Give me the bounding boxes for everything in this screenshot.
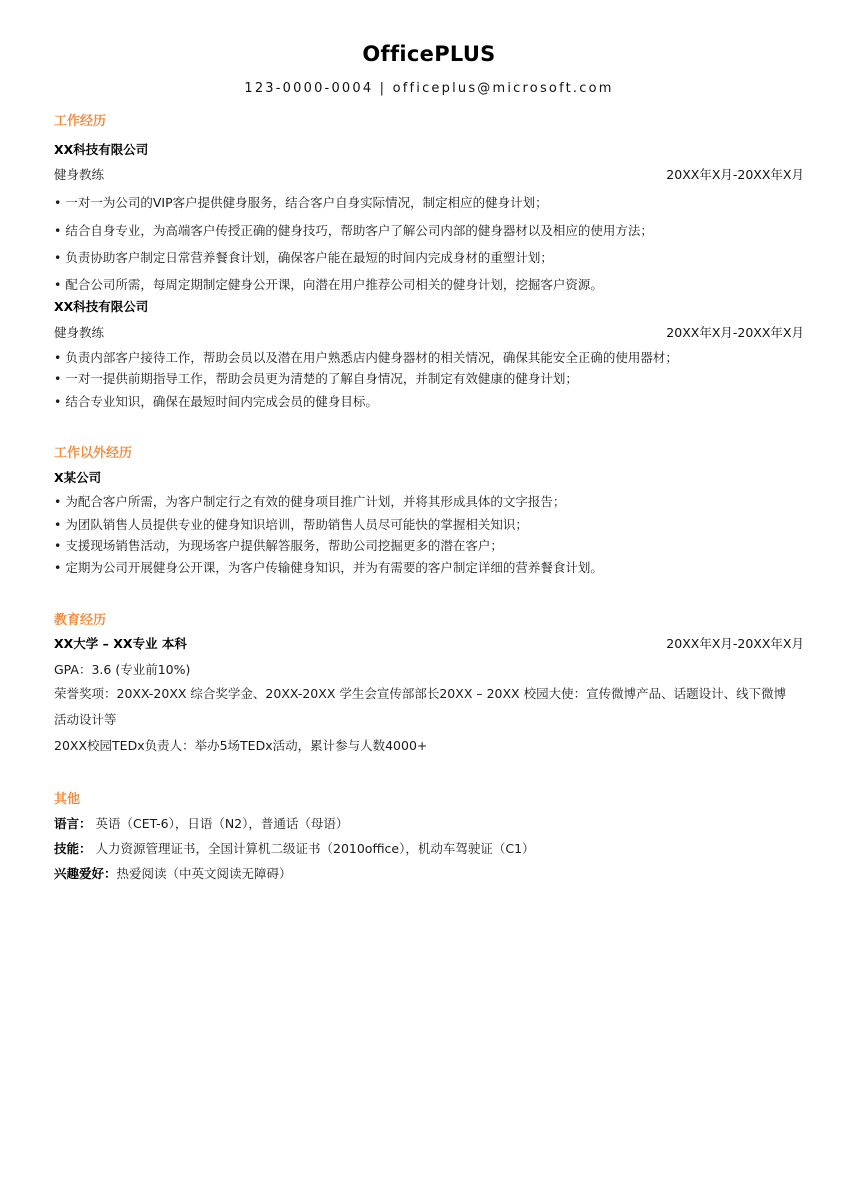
- ted-experience: 20XX校园TEDx负责人：举办5场TEDx活动，累计参与人数4000+: [54, 736, 427, 754]
- other-item-hobbies: 兴趣爱好：热爱阅读（中英文阅读无障碍）: [54, 864, 292, 882]
- honors-line-1: 荣誉奖项：20XX-20XX 综合奖学金、20XX-20XX 学生会宣传部部长2…: [54, 684, 786, 702]
- job-date: 20XX年X月-20XX年X月: [666, 323, 804, 341]
- honors-line-2: 活动设计等: [54, 710, 117, 728]
- job-role-row: 健身教练 20XX年X月-20XX年X月: [54, 165, 804, 183]
- school-row: XX大学 – XX专业 本科 20XX年X月-20XX年X月: [54, 634, 804, 652]
- other-value: 英语（CET-6），日语（N2），普通话（母语）: [92, 816, 349, 831]
- list-item: 定期为公司开展健身公开课，为客户传输健身知识，并为有需要的客户制定详细的营养餐食…: [54, 558, 603, 576]
- list-item: 一对一提供前期指导工作，帮助会员更为清楚的了解自身情况，并制定有效健康的健身计划…: [54, 369, 578, 387]
- candidate-name: OfficePLUS: [54, 42, 804, 66]
- other-item-language: 语言： 英语（CET-6），日语（N2），普通话（母语）: [54, 814, 348, 832]
- other-value: 人力资源管理证书，全国计算机二级证书（2010office），机动车驾驶证（C1…: [92, 841, 535, 856]
- other-label: 语言：: [54, 816, 92, 831]
- company-name: XX科技有限公司: [54, 140, 148, 158]
- list-item: 配合公司所需，每周定期制定健身公开课，向潜在用户推荐公司相关的健身计划，挖掘客户…: [54, 275, 603, 293]
- list-item: 负责内部客户接待工作，帮助会员以及潜在用户熟悉店内健身器材的相关情况，确保其能安…: [54, 348, 678, 366]
- company-name: XX科技有限公司: [54, 297, 148, 315]
- contact-info: 123-0000-0004 | officeplus@microsoft.com: [54, 81, 804, 96]
- school-name: XX大学 – XX专业 本科: [54, 634, 187, 652]
- section-title-other: 其他: [54, 788, 80, 807]
- list-item: 结合专业知识，确保在最短时间内完成会员的健身目标。: [54, 392, 378, 410]
- section-title-education: 教育经历: [54, 609, 106, 628]
- company-name: X某公司: [54, 468, 101, 486]
- gpa: GPA：3.6 (专业前10%): [54, 660, 190, 678]
- other-value: 热爱阅读（中英文阅读无障碍）: [117, 866, 292, 881]
- other-label: 技能：: [54, 841, 92, 856]
- section-title-extra: 工作以外经历: [54, 442, 132, 461]
- other-label: 兴趣爱好：: [54, 866, 117, 881]
- list-item: 为团队销售人员提供专业的健身知识培训，帮助销售人员尽可能快的掌握相关知识；: [54, 515, 528, 533]
- job-role: 健身教练: [54, 323, 104, 341]
- school-date: 20XX年X月-20XX年X月: [666, 634, 804, 652]
- list-item: 支援现场销售活动，为现场客户提供解答服务，帮助公司挖掘更多的潜在客户；: [54, 536, 503, 554]
- other-item-skills: 技能： 人力资源管理证书，全国计算机二级证书（2010office），机动车驾驶…: [54, 839, 535, 857]
- list-item: 结合自身专业，为高端客户传授正确的健身技巧，帮助客户了解公司内部的健身器材以及相…: [54, 221, 653, 239]
- section-title-work: 工作经历: [54, 110, 106, 129]
- job-date: 20XX年X月-20XX年X月: [666, 165, 804, 183]
- list-item: 一对一为公司的VIP客户提供健身服务，结合客户自身实际情况，制定相应的健身计划；: [54, 193, 548, 211]
- job-role-row: 健身教练 20XX年X月-20XX年X月: [54, 323, 804, 341]
- job-role: 健身教练: [54, 165, 104, 183]
- list-item: 负责协助客户制定日常营养餐食计划，确保客户能在最短的时间内完成身材的重塑计划；: [54, 248, 553, 266]
- list-item: 为配合客户所需，为客户制定行之有效的健身项目推广计划，并将其形成具体的文字报告；: [54, 492, 565, 510]
